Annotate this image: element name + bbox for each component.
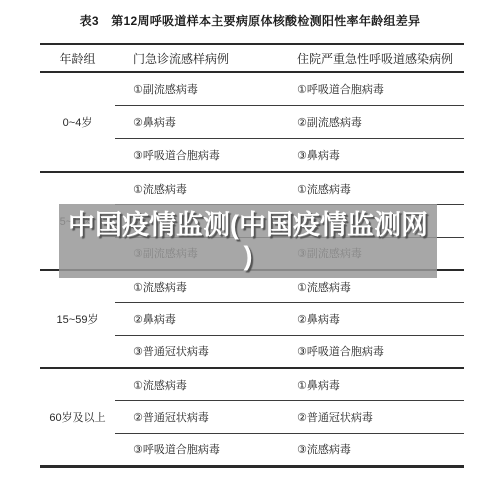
outpatient-rank-cell: ①副流感病毒: [115, 81, 279, 97]
outpatient-rank-cell: ②鼻病毒: [115, 114, 279, 130]
header-outpatient-ili-cases: 门急诊流感样病例: [115, 50, 279, 67]
age-group-row-0-4: 0~4岁 ①副流感病毒 ①呼吸道合胞病毒 ②鼻病毒 ②副流感病毒 ③呼吸道合胞病…: [40, 73, 464, 171]
inpatient-rank-cell: ③流感病毒: [279, 441, 464, 457]
outpatient-rank-cell: ②普通冠状病毒: [115, 409, 279, 425]
rank-row: ①副流感病毒 ①呼吸道合胞病毒: [115, 73, 464, 106]
inpatient-rank-cell: ②普通冠状病毒: [279, 409, 464, 425]
page: 表3 第12周呼吸道样本主要病原体核酸检测阳性率年龄组差异 年龄组 门急诊流感样…: [0, 0, 500, 484]
rank-row: ③普通冠状病毒 ③呼吸道合胞病毒: [115, 336, 464, 367]
outpatient-rank-cell: ③呼吸道合胞病毒: [115, 441, 279, 457]
inpatient-rank-cell: ①流感病毒: [279, 181, 464, 197]
rank-rows: ①流感病毒 ①鼻病毒 ②普通冠状病毒 ②普通冠状病毒 ③呼吸道合胞病毒 ③流感病…: [115, 369, 464, 465]
outpatient-rank-cell: ②鼻病毒: [115, 311, 279, 327]
watermark-text-line1: 中国疫情监测(中国疫情监测网: [68, 210, 428, 241]
watermark-text-line2: ): [244, 241, 253, 272]
rank-row: ①流感病毒 ①流感病毒: [115, 173, 464, 205]
rank-row: ③呼吸道合胞病毒 ③鼻病毒: [115, 139, 464, 171]
age-group-label: 60岁及以上: [40, 369, 115, 465]
table-header-row: 年龄组 门急诊流感样病例 住院严重急性呼吸道感染病例: [40, 45, 464, 73]
inpatient-rank-cell: ①呼吸道合胞病毒: [279, 81, 464, 97]
outpatient-rank-cell: ③普通冠状病毒: [115, 343, 279, 359]
rank-row: ③呼吸道合胞病毒 ③流感病毒: [115, 434, 464, 465]
inpatient-rank-cell: ③呼吸道合胞病毒: [279, 343, 464, 359]
rank-row: ②鼻病毒 ②副流感病毒: [115, 106, 464, 139]
age-group-row-15-59: 15~59岁 ①流感病毒 ①流感病毒 ②鼻病毒 ②鼻病毒 ③普通冠状病毒 ③呼吸…: [40, 269, 464, 367]
outpatient-rank-cell: ①流感病毒: [115, 377, 279, 393]
age-group-label: 15~59岁: [40, 271, 115, 367]
inpatient-rank-cell: ②鼻病毒: [279, 311, 464, 327]
rank-row: ①流感病毒 ①鼻病毒: [115, 369, 464, 401]
age-group-row-60-plus: 60岁及以上 ①流感病毒 ①鼻病毒 ②普通冠状病毒 ②普通冠状病毒 ③呼吸道合胞…: [40, 367, 464, 465]
rank-rows: ①流感病毒 ①流感病毒 ②鼻病毒 ②鼻病毒 ③普通冠状病毒 ③呼吸道合胞病毒: [115, 271, 464, 367]
outpatient-rank-cell: ①流感病毒: [115, 181, 279, 197]
header-age-group: 年龄组: [40, 50, 115, 67]
header-inpatient-sari-cases: 住院严重急性呼吸道感染病例: [279, 50, 464, 67]
outpatient-rank-cell: ①流感病毒: [115, 279, 279, 295]
age-group-label: 0~4岁: [40, 73, 115, 171]
outpatient-rank-cell: ③呼吸道合胞病毒: [115, 147, 279, 163]
inpatient-rank-cell: ②副流感病毒: [279, 114, 464, 130]
rank-rows: ①副流感病毒 ①呼吸道合胞病毒 ②鼻病毒 ②副流感病毒 ③呼吸道合胞病毒 ③鼻病…: [115, 73, 464, 171]
rank-row: ②普通冠状病毒 ②普通冠状病毒: [115, 401, 464, 433]
inpatient-rank-cell: ③鼻病毒: [279, 147, 464, 163]
rank-row: ②鼻病毒 ②鼻病毒: [115, 303, 464, 335]
watermark-overlay: 中国疫情监测(中国疫情监测网 ): [59, 204, 437, 278]
inpatient-rank-cell: ①流感病毒: [279, 279, 464, 295]
inpatient-rank-cell: ①鼻病毒: [279, 377, 464, 393]
table-title: 表3 第12周呼吸道样本主要病原体核酸检测阳性率年龄组差异: [0, 12, 500, 29]
